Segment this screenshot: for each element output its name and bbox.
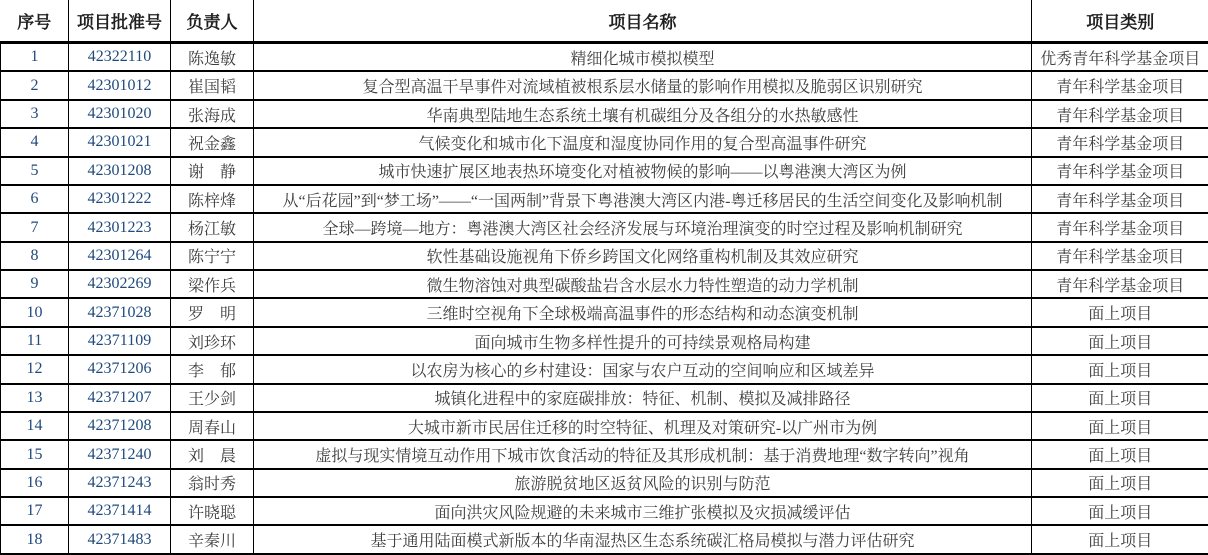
cell-approval-no: 42301223 xyxy=(69,213,171,241)
table-row: 842301264陈宁宁软性基础设施视角下侨乡跨国文化网络重构机制及其效应研究青… xyxy=(1,242,1208,270)
cell-leader: 周春山 xyxy=(171,412,254,440)
cell-category: 面上项目 xyxy=(1032,525,1208,554)
cell-approval-no: 42301021 xyxy=(69,128,171,156)
table-row: 1042371028罗 明三维时空视角下全球极端高温事件的形态结构和动态演变机制… xyxy=(1,298,1208,326)
cell-index: 14 xyxy=(1,412,69,440)
cell-index: 17 xyxy=(1,497,69,525)
cell-title: 面向洪灾风险规避的未来城市三维扩张模拟及灾损减缓评估 xyxy=(254,497,1032,525)
cell-category: 青年科学基金项目 xyxy=(1032,128,1208,156)
cell-category: 面上项目 xyxy=(1032,355,1208,383)
cell-index: 15 xyxy=(1,440,69,468)
column-header-approval-no: 项目批准号 xyxy=(69,0,171,43)
cell-leader: 刘珍环 xyxy=(171,327,254,355)
cell-leader: 刘 晨 xyxy=(171,440,254,468)
cell-approval-no: 42302269 xyxy=(69,270,171,298)
table-row: 1342371207王少剑城镇化进程中的家庭碳排放：特征、机制、模拟及减排路径面… xyxy=(1,384,1208,412)
cell-category: 优秀青年科学基金项目 xyxy=(1032,43,1208,72)
table-row: 242301012崔国韬复合型高温干旱事件对流域植被根系层水储量的影响作用模拟及… xyxy=(1,71,1208,99)
cell-category: 面上项目 xyxy=(1032,298,1208,326)
column-header-title: 项目名称 xyxy=(254,0,1032,43)
cell-approval-no: 42322110 xyxy=(69,43,171,72)
table-row: 142322110陈逸敏精细化城市模拟模型优秀青年科学基金项目 xyxy=(1,43,1208,72)
cell-approval-no: 42371109 xyxy=(69,327,171,355)
cell-category: 青年科学基金项目 xyxy=(1032,213,1208,241)
cell-approval-no: 42301222 xyxy=(69,185,171,213)
cell-leader: 杨江敏 xyxy=(171,213,254,241)
cell-index: 11 xyxy=(1,327,69,355)
cell-category: 青年科学基金项目 xyxy=(1032,100,1208,128)
cell-leader: 谢 静 xyxy=(171,157,254,185)
cell-leader: 陈宁宁 xyxy=(171,242,254,270)
cell-leader: 王少剑 xyxy=(171,384,254,412)
cell-approval-no: 42371207 xyxy=(69,384,171,412)
cell-index: 18 xyxy=(1,525,69,554)
table-row: 1542371240刘 晨虚拟与现实情境互动作用下城市饮食活动的特征及其形成机制… xyxy=(1,440,1208,468)
table-row: 1742371414许晓聪面向洪灾风险规避的未来城市三维扩张模拟及灾损减缓评估面… xyxy=(1,497,1208,525)
cell-index: 8 xyxy=(1,242,69,270)
cell-category: 面上项目 xyxy=(1032,469,1208,497)
cell-index: 12 xyxy=(1,355,69,383)
cell-leader: 张海成 xyxy=(171,100,254,128)
table-row: 942302269梁作兵微生物溶蚀对典型碳酸盐岩含水层水力特性塑造的动力学机制青… xyxy=(1,270,1208,298)
cell-category: 青年科学基金项目 xyxy=(1032,185,1208,213)
cell-leader: 陈梓烽 xyxy=(171,185,254,213)
cell-title: 华南典型陆地生态系统土壤有机碳组分及各组分的水热敏感性 xyxy=(254,100,1032,128)
cell-approval-no: 42371240 xyxy=(69,440,171,468)
cell-leader: 梁作兵 xyxy=(171,270,254,298)
cell-category: 青年科学基金项目 xyxy=(1032,157,1208,185)
table-row: 342301020张海成华南典型陆地生态系统土壤有机碳组分及各组分的水热敏感性青… xyxy=(1,100,1208,128)
cell-approval-no: 42301012 xyxy=(69,71,171,99)
table-row: 1142371109刘珍环面向城市生物多样性提升的可持续景观格局构建面上项目 xyxy=(1,327,1208,355)
column-header-leader: 负责人 xyxy=(171,0,254,43)
cell-title: 以农房为核心的乡村建设：国家与农户互动的空间响应和区域差异 xyxy=(254,355,1032,383)
cell-title: 面向城市生物多样性提升的可持续景观格局构建 xyxy=(254,327,1032,355)
cell-title: 复合型高温干旱事件对流域植被根系层水储量的影响作用模拟及脆弱区识别研究 xyxy=(254,71,1032,99)
cell-leader: 祝金鑫 xyxy=(171,128,254,156)
table-row: 642301222陈梓烽从“后花园”到“梦工场”——“一国两制”背景下粤港澳大湾… xyxy=(1,185,1208,213)
cell-index: 7 xyxy=(1,213,69,241)
cell-category: 面上项目 xyxy=(1032,384,1208,412)
grant-projects-table: 序号 项目批准号 负责人 项目名称 项目类别 142322110陈逸敏精细化城市… xyxy=(0,0,1208,555)
table-row: 1242371206李 郁以农房为核心的乡村建设：国家与农户互动的空间响应和区域… xyxy=(1,355,1208,383)
cell-category: 青年科学基金项目 xyxy=(1032,270,1208,298)
cell-index: 4 xyxy=(1,128,69,156)
cell-index: 1 xyxy=(1,43,69,72)
cell-title: 气候变化和城市化下温度和湿度协同作用的复合型高温事件研究 xyxy=(254,128,1032,156)
cell-approval-no: 42301020 xyxy=(69,100,171,128)
cell-leader: 翁时秀 xyxy=(171,469,254,497)
table-row: 1842371483辛秦川基于通用陆面模式新版本的华南湿热区生态系统碳汇格局模拟… xyxy=(1,525,1208,554)
cell-leader: 辛秦川 xyxy=(171,525,254,554)
cell-title: 全球—跨境—地方：粤港澳大湾区社会经济发展与环境治理演变的时空过程及影响机制研究 xyxy=(254,213,1032,241)
cell-approval-no: 42301264 xyxy=(69,242,171,270)
cell-category: 面上项目 xyxy=(1032,497,1208,525)
cell-approval-no: 42371206 xyxy=(69,355,171,383)
cell-index: 10 xyxy=(1,298,69,326)
cell-title: 大城市新市民居住迁移的时空特征、机理及对策研究-以广州市为例 xyxy=(254,412,1032,440)
cell-leader: 崔国韬 xyxy=(171,71,254,99)
table-body: 142322110陈逸敏精细化城市模拟模型优秀青年科学基金项目242301012… xyxy=(1,43,1208,555)
cell-leader: 李 郁 xyxy=(171,355,254,383)
cell-approval-no: 42371208 xyxy=(69,412,171,440)
cell-title: 三维时空视角下全球极端高温事件的形态结构和动态演变机制 xyxy=(254,298,1032,326)
cell-title: 从“后花园”到“梦工场”——“一国两制”背景下粤港澳大湾区内港-粤迁移居民的生活… xyxy=(254,185,1032,213)
cell-approval-no: 42371483 xyxy=(69,525,171,554)
cell-category: 面上项目 xyxy=(1032,327,1208,355)
cell-category: 青年科学基金项目 xyxy=(1032,242,1208,270)
cell-title: 虚拟与现实情境互动作用下城市饮食活动的特征及其形成机制：基于消费地理“数字转向”… xyxy=(254,440,1032,468)
header-row: 序号 项目批准号 负责人 项目名称 项目类别 xyxy=(1,0,1208,43)
table-row: 1442371208周春山大城市新市民居住迁移的时空特征、机理及对策研究-以广州… xyxy=(1,412,1208,440)
cell-leader: 罗 明 xyxy=(171,298,254,326)
cell-index: 9 xyxy=(1,270,69,298)
cell-approval-no: 42301208 xyxy=(69,157,171,185)
column-header-index: 序号 xyxy=(1,0,69,43)
cell-title: 软性基础设施视角下侨乡跨国文化网络重构机制及其效应研究 xyxy=(254,242,1032,270)
table-header: 序号 项目批准号 负责人 项目名称 项目类别 xyxy=(1,0,1208,43)
cell-approval-no: 42371028 xyxy=(69,298,171,326)
cell-approval-no: 42371414 xyxy=(69,497,171,525)
table-row: 1642371243翁时秀旅游脱贫地区返贫风险的识别与防范面上项目 xyxy=(1,469,1208,497)
cell-index: 2 xyxy=(1,71,69,99)
cell-title: 旅游脱贫地区返贫风险的识别与防范 xyxy=(254,469,1032,497)
column-header-category: 项目类别 xyxy=(1032,0,1208,43)
cell-index: 3 xyxy=(1,100,69,128)
cell-leader: 许晓聪 xyxy=(171,497,254,525)
cell-index: 13 xyxy=(1,384,69,412)
cell-leader: 陈逸敏 xyxy=(171,43,254,72)
cell-title: 微生物溶蚀对典型碳酸盐岩含水层水力特性塑造的动力学机制 xyxy=(254,270,1032,298)
cell-title: 城镇化进程中的家庭碳排放：特征、机制、模拟及减排路径 xyxy=(254,384,1032,412)
cell-index: 16 xyxy=(1,469,69,497)
table-row: 542301208谢 静城市快速扩展区地表热环境变化对植被物候的影响——以粤港澳… xyxy=(1,157,1208,185)
cell-title: 城市快速扩展区地表热环境变化对植被物候的影响——以粤港澳大湾区为例 xyxy=(254,157,1032,185)
cell-category: 青年科学基金项目 xyxy=(1032,71,1208,99)
cell-index: 5 xyxy=(1,157,69,185)
cell-category: 面上项目 xyxy=(1032,440,1208,468)
cell-title: 基于通用陆面模式新版本的华南湿热区生态系统碳汇格局模拟与潜力评估研究 xyxy=(254,525,1032,554)
table-row: 442301021祝金鑫气候变化和城市化下温度和湿度协同作用的复合型高温事件研究… xyxy=(1,128,1208,156)
cell-index: 6 xyxy=(1,185,69,213)
cell-title: 精细化城市模拟模型 xyxy=(254,43,1032,72)
table-row: 742301223杨江敏全球—跨境—地方：粤港澳大湾区社会经济发展与环境治理演变… xyxy=(1,213,1208,241)
cell-approval-no: 42371243 xyxy=(69,469,171,497)
cell-category: 面上项目 xyxy=(1032,412,1208,440)
